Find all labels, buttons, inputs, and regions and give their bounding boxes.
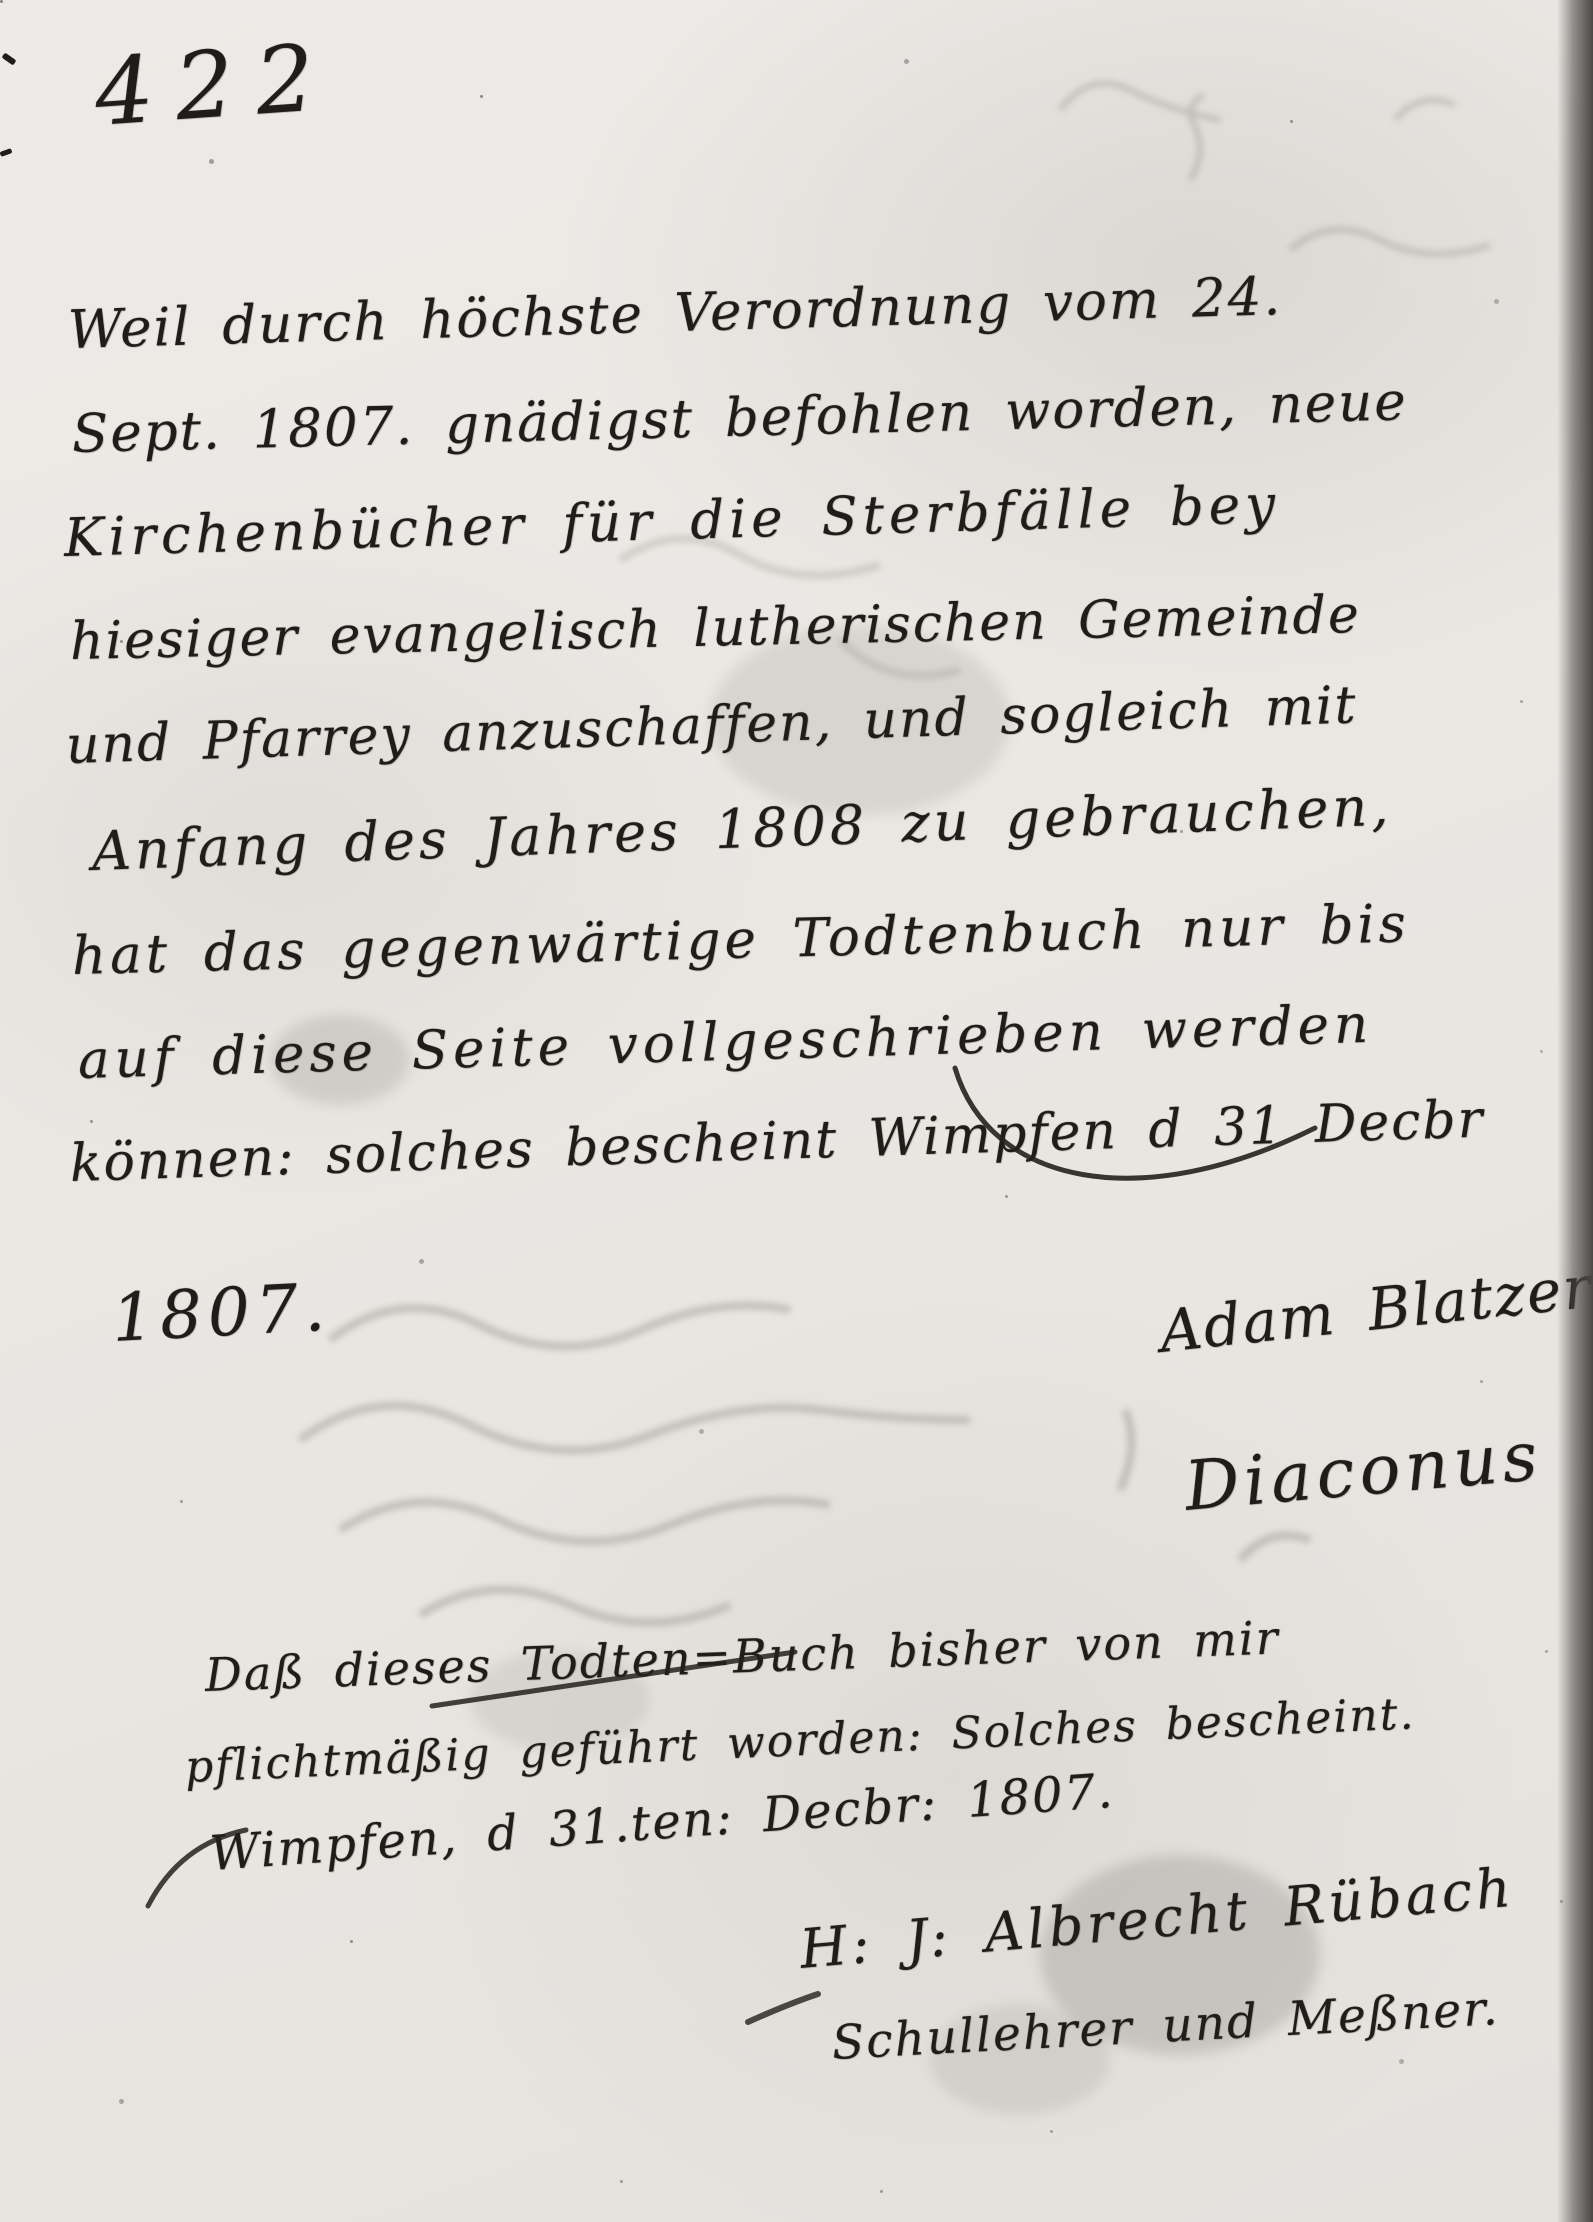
lead-in-swash-signature <box>748 1994 818 2022</box>
text-line: Weil durch höchste Verordnung vom 24. <box>67 266 1283 361</box>
ink-specks <box>0 0 3 3</box>
text-line: Daß dieses Todten=Buch bisher von mir <box>204 1610 1280 1701</box>
text-line: auf diese Seite vollgeschrieben werden <box>77 994 1374 1091</box>
text-line: können: solches bescheint Wimpfen d 31 D… <box>69 1090 1485 1194</box>
text-line: hiesiger evangelisch lutherischen Gemein… <box>69 585 1361 672</box>
text-line: 1807. <box>110 1269 333 1357</box>
binding-mark <box>0 148 12 157</box>
manuscript-page: 422 Weil durch höchste Verordnung vom 24… <box>0 0 1593 2222</box>
text-line: pflichtmäßig geführt worden: Solches bes… <box>184 1688 1416 1793</box>
text-line: hat das gegenwärtige Todtenbuch nur bis <box>71 893 1410 987</box>
text-line: Anfang des Jahres 1808 zu gebrauchen, <box>91 775 1393 883</box>
signature-name: H: J: Albrecht Rübach <box>797 1856 1517 1981</box>
text-line: und Pfarrey anzuschaffen, und sogleich m… <box>65 675 1358 776</box>
signature-name: Adam Blatzer <box>1156 1253 1593 1366</box>
binding-mark <box>2 53 17 66</box>
ghost-strokes-lower-middle <box>300 1306 1310 1623</box>
ghost-strokes-top-right <box>1060 83 1490 254</box>
signature-title: Schullehrer und Meßner. <box>831 1981 1501 2071</box>
scan-edge-strip <box>1557 0 1593 2222</box>
text-line: Kirchenbücher für die Sterbfälle bey <box>63 474 1281 569</box>
signature-title: Diaconus <box>1182 1417 1546 1527</box>
page-number: 422 <box>91 23 339 147</box>
flourish-strokes <box>148 1068 1315 2022</box>
text-line: Sept. 1807. gnädigst befohlen worden, ne… <box>71 371 1408 465</box>
